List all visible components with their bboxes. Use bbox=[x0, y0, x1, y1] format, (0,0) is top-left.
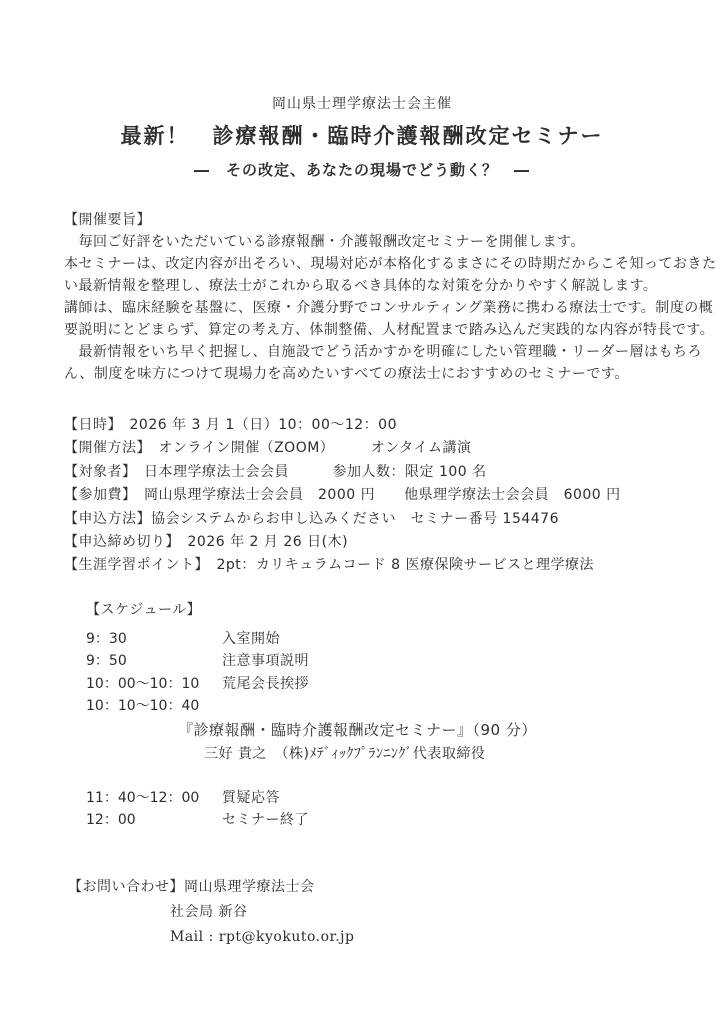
detail-row-datetime: 【日時】 2026 年 3 月 1（日）10：00～12：00 bbox=[64, 414, 684, 437]
detail-value: 2026 年 2 月 26 日(木) bbox=[173, 534, 348, 550]
detail-row-deadline: 【申込締め切り】 2026 年 2 月 26 日(木) bbox=[64, 531, 684, 554]
contact-section: 【お問い合わせ】岡山県理学療法士会 社会局 新谷 Mail : rpt@kyok… bbox=[68, 875, 684, 950]
lecture-speaker: 三好 貴之 （株)ﾒﾃﾞｨｯｸﾌﾟﾗﾝﾆﾝｸﾞ代表取締役 bbox=[204, 742, 684, 766]
overview-heading: 【開催要旨】 bbox=[64, 209, 684, 231]
detail-value: 2pt：カリキュラムコード 8 医療保険サービスと理学療法 bbox=[202, 557, 594, 573]
schedule-time: 12：00 bbox=[86, 809, 222, 831]
schedule-row: 11：40～12：00質疑応答 bbox=[86, 787, 684, 809]
schedule-time: 10：10～10：40 bbox=[86, 695, 222, 717]
organizer-line: 岡山県士理学療法士会主催 bbox=[0, 93, 724, 113]
detail-value: 岡山県理学療法士会会員 2000 円 他県理学療法士会会員 6000 円 bbox=[130, 487, 621, 503]
detail-row-method: 【開催方法】 オンライン開催（ZOOM） オンタイム講演 bbox=[64, 437, 684, 460]
detail-value: オンライン開催（ZOOM） オンタイム講演 bbox=[144, 440, 471, 456]
overview-line: 毎回ご好評をいただいている診療報酬・介護報酬改定セミナーを開催します。 bbox=[64, 231, 684, 253]
detail-label: 【開催方法】 bbox=[64, 440, 144, 456]
schedule-time: 9：30 bbox=[86, 628, 222, 650]
detail-row-audience: 【対象者】 日本理学療法士会会員 参加人数：限定 100 名 bbox=[64, 461, 684, 484]
schedule-time: 10：00～10：10 bbox=[86, 673, 222, 695]
lecture-title: 『診療報酬・臨時介護報酬改定セミナー』（90 分） bbox=[178, 718, 684, 742]
seminar-title: 最新！ 診療報酬・臨時介護報酬改定セミナー bbox=[0, 120, 724, 150]
detail-label: 【対象者】 bbox=[64, 464, 130, 480]
detail-label: 【参加費】 bbox=[64, 487, 130, 503]
schedule-heading: 【スケジュール】 bbox=[86, 599, 684, 621]
detail-value: 協会システムからお申し込みください セミナー番号 154476 bbox=[151, 511, 559, 527]
schedule-row: 9：50注意事項説明 bbox=[86, 650, 684, 672]
overview-section: 【開催要旨】 毎回ご好評をいただいている診療報酬・介護報酬改定セミナーを開催しま… bbox=[64, 209, 684, 385]
schedule-row: 12：00セミナー終了 bbox=[86, 809, 684, 831]
detail-label: 【申込方法】 bbox=[64, 511, 151, 527]
overview-line: ん、制度を味方につけて現場力を高めたいすべての療法士におすすめのセミナーです。 bbox=[64, 363, 684, 385]
overview-line: い最新情報を整理し、療法士がこれから取るべき具体的な対策を分かりやすく解説します… bbox=[64, 275, 684, 297]
schedule-section: 【スケジュール】 9：30入室開始 9：50注意事項説明 10：00～10：10… bbox=[86, 599, 684, 831]
schedule-activity: 質疑応答 bbox=[222, 790, 280, 806]
contact-department: 社会局 新谷 bbox=[170, 900, 684, 925]
contact-organization: 岡山県理学療法士会 bbox=[184, 879, 315, 895]
schedule-closing-rows: 11：40～12：00質疑応答 12：00セミナー終了 bbox=[86, 787, 684, 832]
detail-row-fee: 【参加費】 岡山県理学療法士会会員 2000 円 他県理学療法士会会員 6000… bbox=[64, 484, 684, 507]
schedule-activity: 入室開始 bbox=[222, 631, 280, 647]
contact-heading: 【お問い合わせ】 bbox=[68, 879, 184, 895]
schedule-activity: 荒尾会長挨拶 bbox=[222, 676, 309, 692]
document-page: 岡山県士理学療法士会主催 最新！ 診療報酬・臨時介護報酬改定セミナー ― その改… bbox=[0, 0, 724, 1024]
schedule-row: 9：30入室開始 bbox=[86, 628, 684, 650]
schedule-activity: セミナー終了 bbox=[222, 812, 309, 828]
schedule-activity: 注意事項説明 bbox=[222, 653, 309, 669]
detail-label: 【日時】 bbox=[64, 417, 115, 433]
detail-label: 【申込締め切り】 bbox=[64, 534, 173, 550]
overview-line: 最新情報をいち早く把握し、自施設でどう活かすかを明確にしたい管理職・リーダー層は… bbox=[64, 341, 684, 363]
detail-row-application: 【申込方法】協会システムからお申し込みください セミナー番号 154476 bbox=[64, 508, 684, 531]
schedule-row: 10：10～10：40 bbox=[86, 695, 684, 717]
schedule-time: 9：50 bbox=[86, 650, 222, 672]
detail-value: 日本理学療法士会会員 参加人数：限定 100 名 bbox=[130, 464, 487, 480]
overview-line: 講師は、臨床経験を基盤に、医療・介護分野でコンサルティング業務に携わる療法士です… bbox=[64, 297, 684, 319]
details-section: 【日時】 2026 年 3 月 1（日）10：00～12：00 【開催方法】 オ… bbox=[64, 414, 684, 578]
contact-mail: Mail : rpt@kyokuto.or.jp bbox=[170, 925, 684, 950]
contact-heading-line: 【お問い合わせ】岡山県理学療法士会 bbox=[68, 875, 684, 900]
overview-line: 本セミナーは、改定内容が出そろい、現場対応が本格化するまさにその時期だからこそ知… bbox=[64, 253, 684, 275]
detail-row-points: 【生涯学習ポイント】 2pt：カリキュラムコード 8 医療保険サービスと理学療法 bbox=[64, 554, 684, 577]
schedule-time: 11：40～12：00 bbox=[86, 787, 222, 809]
detail-label: 【生涯学習ポイント】 bbox=[64, 557, 202, 573]
schedule-row: 10：00～10：10荒尾会長挨拶 bbox=[86, 673, 684, 695]
detail-value: 2026 年 3 月 1（日）10：00～12：00 bbox=[115, 417, 397, 433]
seminar-subtitle: ― その改定、あなたの現場でどう動く？ ― bbox=[0, 159, 724, 180]
schedule-rows: 9：30入室開始 9：50注意事項説明 10：00～10：10荒尾会長挨拶 10… bbox=[86, 628, 684, 718]
overview-line: 要説明にとどまらず、算定の考え方、体制整備、人材配置まで踏み込んだ実践的な内容が… bbox=[64, 319, 684, 341]
